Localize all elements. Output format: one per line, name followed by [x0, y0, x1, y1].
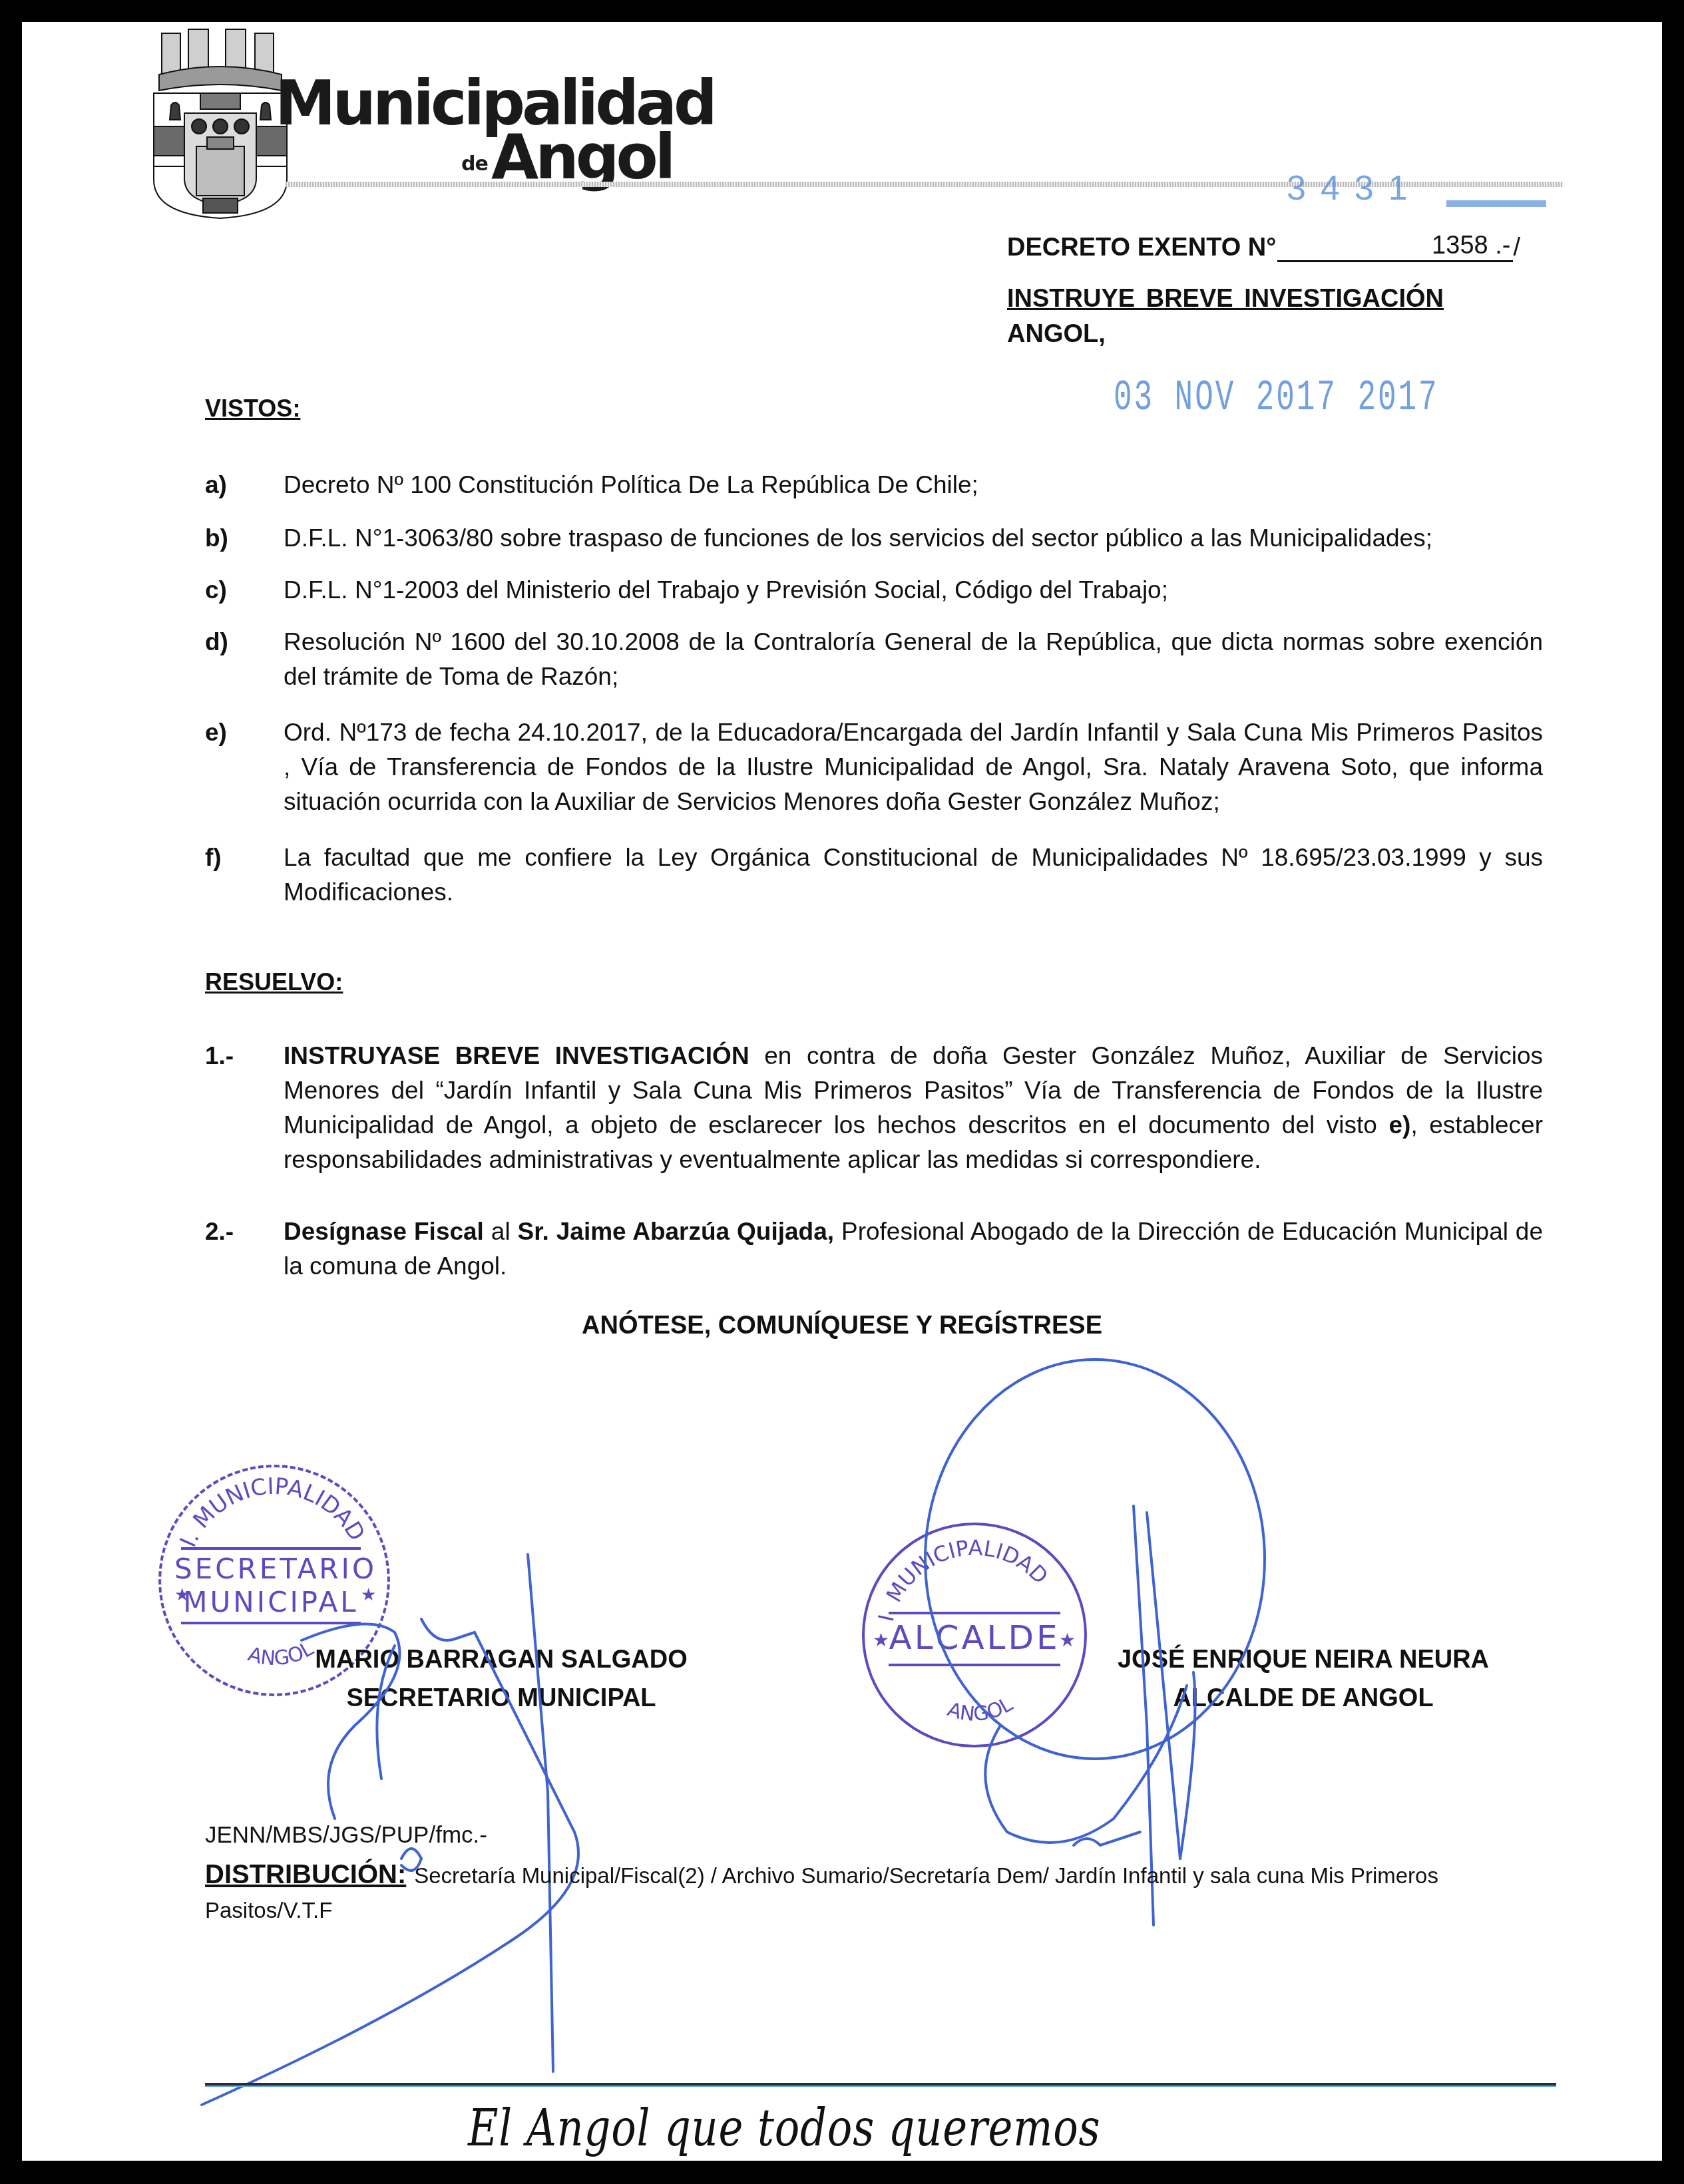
visto-item: c) D.F.L. N°1-2003 del Ministerio del Tr… — [205, 573, 1543, 608]
signer-title: ALCALDE DE ANGOL — [1064, 1679, 1543, 1718]
visto-key: d) — [205, 625, 284, 694]
signer-title: SECRETARIO MUNICIPAL — [262, 1679, 741, 1718]
brand-angol: Angol — [491, 127, 672, 188]
signer-name: MARIO BARRAGAN SALGADO — [262, 1640, 741, 1679]
signature-block-alcalde: JOSÉ ENRIQUE NEIRA NEURA ALCALDE DE ANGO… — [1064, 1640, 1543, 1718]
resuelvo-key: 1.- — [205, 1039, 284, 1177]
visto-key: f) — [205, 840, 284, 910]
svg-text:I. MUNICIPALIDAD: I. MUNICIPALIDAD — [873, 1535, 1053, 1624]
svg-text:I. MUNICIPALIDAD: I. MUNICIPALIDAD — [175, 1473, 370, 1551]
document-page: Municipalidad de Angol 3431 DECRETO EXEN… — [22, 22, 1662, 2161]
visto-text: Decreto Nº 100 Constitución Política De … — [284, 468, 1543, 502]
visto-key: c) — [205, 573, 284, 608]
fiscal-name: Sr. Jaime Abarzúa Quijada, — [518, 1218, 835, 1245]
visto-text: Ord. Nº173 de fecha 24.10.2017, de la Ed… — [284, 715, 1543, 819]
resuelvo-item-2: 2.- Desígnase Fiscal al Sr. Jaime Abarzú… — [205, 1214, 1543, 1284]
document-place: ANGOL, — [1007, 320, 1106, 349]
signer-name: JOSÉ ENRIQUE NEIRA NEURA — [1064, 1640, 1543, 1679]
footer-motto: El Angol que todos queremos — [468, 2098, 1100, 2157]
drafter-initials: JENN/MBS/JGS/PUP/fmc.- — [205, 1822, 487, 1849]
seal-rule — [181, 1622, 361, 1624]
visto-key: b) — [205, 521, 284, 556]
resuelvo-key: 2.- — [205, 1214, 284, 1284]
decreto-number-line: DECRETO EXENTO N° 1358 .- / — [1007, 232, 1520, 262]
received-stamp-initials — [1446, 174, 1546, 207]
seal-center-text: ALCALDE — [885, 1618, 1064, 1657]
seal-center-text: MUNICIPAL — [174, 1586, 367, 1618]
decreto-slash: / — [1513, 234, 1520, 262]
visto-item: d) Resolución Nº 1600 del 30.10.2008 de … — [205, 625, 1543, 694]
visto-item: e) Ord. Nº173 de fecha 24.10.2017, de la… — [205, 715, 1543, 819]
seal-rule — [181, 1547, 361, 1550]
seal-alcalde: I. MUNICIPALIDAD ANGOL ★ ★ ALCALDE — [862, 1523, 1087, 1747]
resuelvo-lead: Desígnase Fiscal — [284, 1218, 484, 1245]
closing-formula: ANÓTESE, COMUNÍQUESE Y REGÍSTRESE — [22, 1312, 1662, 1340]
date-stamp: 03 NOV 2017 2017 — [1114, 375, 1439, 423]
distribution-label: DISTRIBUCIÓN: — [205, 1860, 406, 1889]
resuelvo-body: al — [484, 1218, 518, 1245]
decreto-number: 1358 .- — [1277, 232, 1513, 262]
visto-text: Resolución Nº 1600 del 30.10.2008 de la … — [284, 625, 1543, 694]
decreto-label: DECRETO EXENTO N° — [1007, 234, 1276, 262]
visto-item: b) D.F.L. N°1-3063/80 sobre traspaso de … — [205, 521, 1543, 556]
seal-rule — [889, 1664, 1060, 1666]
visto-item: f) La facultad que me confiere la Ley Or… — [205, 840, 1543, 910]
resuelvo-text: INSTRUYASE BREVE INVESTIGACIÓN en contra… — [284, 1039, 1543, 1177]
seal-rule — [889, 1612, 1060, 1614]
seal-bottom-text: ANGOL — [945, 1693, 1017, 1726]
visto-text: D.F.L. N°1-2003 del Ministerio del Traba… — [284, 573, 1543, 608]
document-subject: INSTRUYE BREVE INVESTIGACIÓN — [1007, 285, 1444, 313]
visto-reference: e) — [1389, 1111, 1411, 1139]
resuelvo-heading: RESUELVO: — [205, 968, 343, 996]
visto-text: La facultad que me confiere la Ley Orgán… — [284, 840, 1543, 910]
visto-key: e) — [205, 715, 284, 819]
signature-block-secretario: MARIO BARRAGAN SALGADO SECRETARIO MUNICI… — [262, 1640, 741, 1718]
svg-text:ANGOL: ANGOL — [945, 1693, 1017, 1726]
distribution-list: DISTRIBUCIÓN:Secretaría Municipal/Fiscal… — [205, 1857, 1483, 1928]
resuelvo-text: Desígnase Fiscal al Sr. Jaime Abarzúa Qu… — [284, 1214, 1543, 1284]
visto-text: D.F.L. N°1-3063/80 sobre traspaso de fun… — [284, 521, 1543, 556]
brand-de: de — [461, 152, 488, 176]
visto-item: a) Decreto Nº 100 Constitución Política … — [205, 468, 1543, 502]
coat-of-arms-icon — [147, 27, 294, 220]
footer-divider — [205, 2083, 1556, 2086]
resuelvo-lead: INSTRUYASE BREVE INVESTIGACIÓN — [284, 1042, 749, 1069]
seal-top-text: I. MUNICIPALIDAD — [873, 1535, 1053, 1624]
vistos-heading: VISTOS: — [205, 395, 300, 423]
seal-center-text: SECRETARIO — [174, 1552, 367, 1585]
received-stamp-number: 3431 — [1287, 168, 1422, 208]
visto-key: a) — [205, 468, 284, 502]
seal-top-text: I. MUNICIPALIDAD — [175, 1473, 370, 1551]
resuelvo-item-1: 1.- INSTRUYASE BREVE INVESTIGACIÓN en co… — [205, 1039, 1543, 1177]
